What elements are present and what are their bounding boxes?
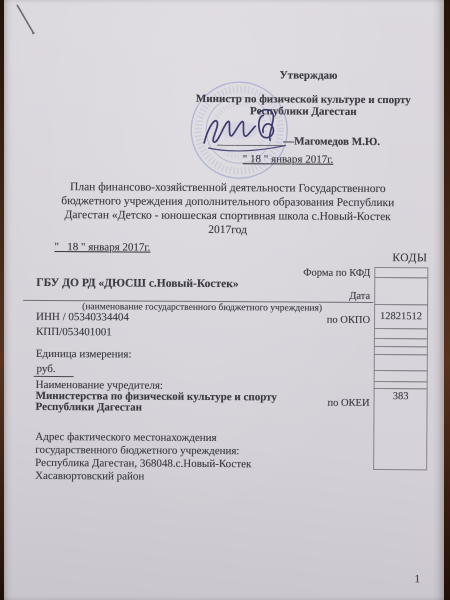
- approver-name: —Магомедов М.Ю.: [283, 135, 380, 148]
- org-kpp: КПП/053401001: [36, 326, 112, 339]
- codes-box-okei: 383: [373, 388, 427, 470]
- document-date: " 18 " января 2017г.: [54, 241, 150, 255]
- approval-date: " 18 " января 2017г.: [233, 153, 343, 167]
- address-label-line2: государственного бюджетного учреждения:: [35, 444, 239, 458]
- address-value-line1: Республика Дагестан, 368048.с.Новый-Кост…: [35, 457, 251, 471]
- unit-label: Единица измерения:: [36, 348, 132, 362]
- codes-value-okei: 383: [393, 391, 409, 402]
- unit-value-row: руб.: [34, 363, 74, 377]
- codes-box-date: [374, 277, 428, 305]
- codes-box-empty-4: [374, 354, 428, 371]
- pen-mark: [10, 2, 44, 40]
- codes-label-form: Форма по КФД: [260, 266, 370, 280]
- codes-label-okpo: по ОКПО: [260, 313, 370, 327]
- doc-title-line4: 2017год: [23, 222, 433, 239]
- signature-line-row: ____________—Магомедов М.Ю.: [217, 135, 380, 149]
- org-name: ГБУ ДО РД «ДЮСШ с.Новый-Костек»: [36, 277, 238, 291]
- codes-box-column: 12821512 383: [373, 268, 428, 470]
- founder-name-line2: Республики Дагестан: [35, 402, 142, 414]
- unit-value: руб.: [34, 363, 74, 377]
- codes-box-okpo: 12821512: [374, 304, 428, 329]
- signature-blank-line: ____________: [217, 135, 283, 147]
- approval-heading: Утверждаю: [204, 69, 414, 83]
- scanned-document-page: Утверждаю Министр по физической культуре…: [4, 0, 444, 600]
- page-number: 1: [414, 573, 420, 586]
- signature-ink: [196, 105, 314, 158]
- codes-header: КОДЫ: [392, 252, 427, 265]
- org-inn: ИНН / 05340334404: [36, 311, 129, 325]
- address-value-line2: Хасавюртовский район: [35, 470, 144, 484]
- codes-value-okpo: 12821512: [380, 311, 422, 322]
- address-label-line1: Адрес фактического местонахождения: [35, 431, 216, 445]
- page-content: Утверждаю Министр по физической культуре…: [0, 0, 444, 600]
